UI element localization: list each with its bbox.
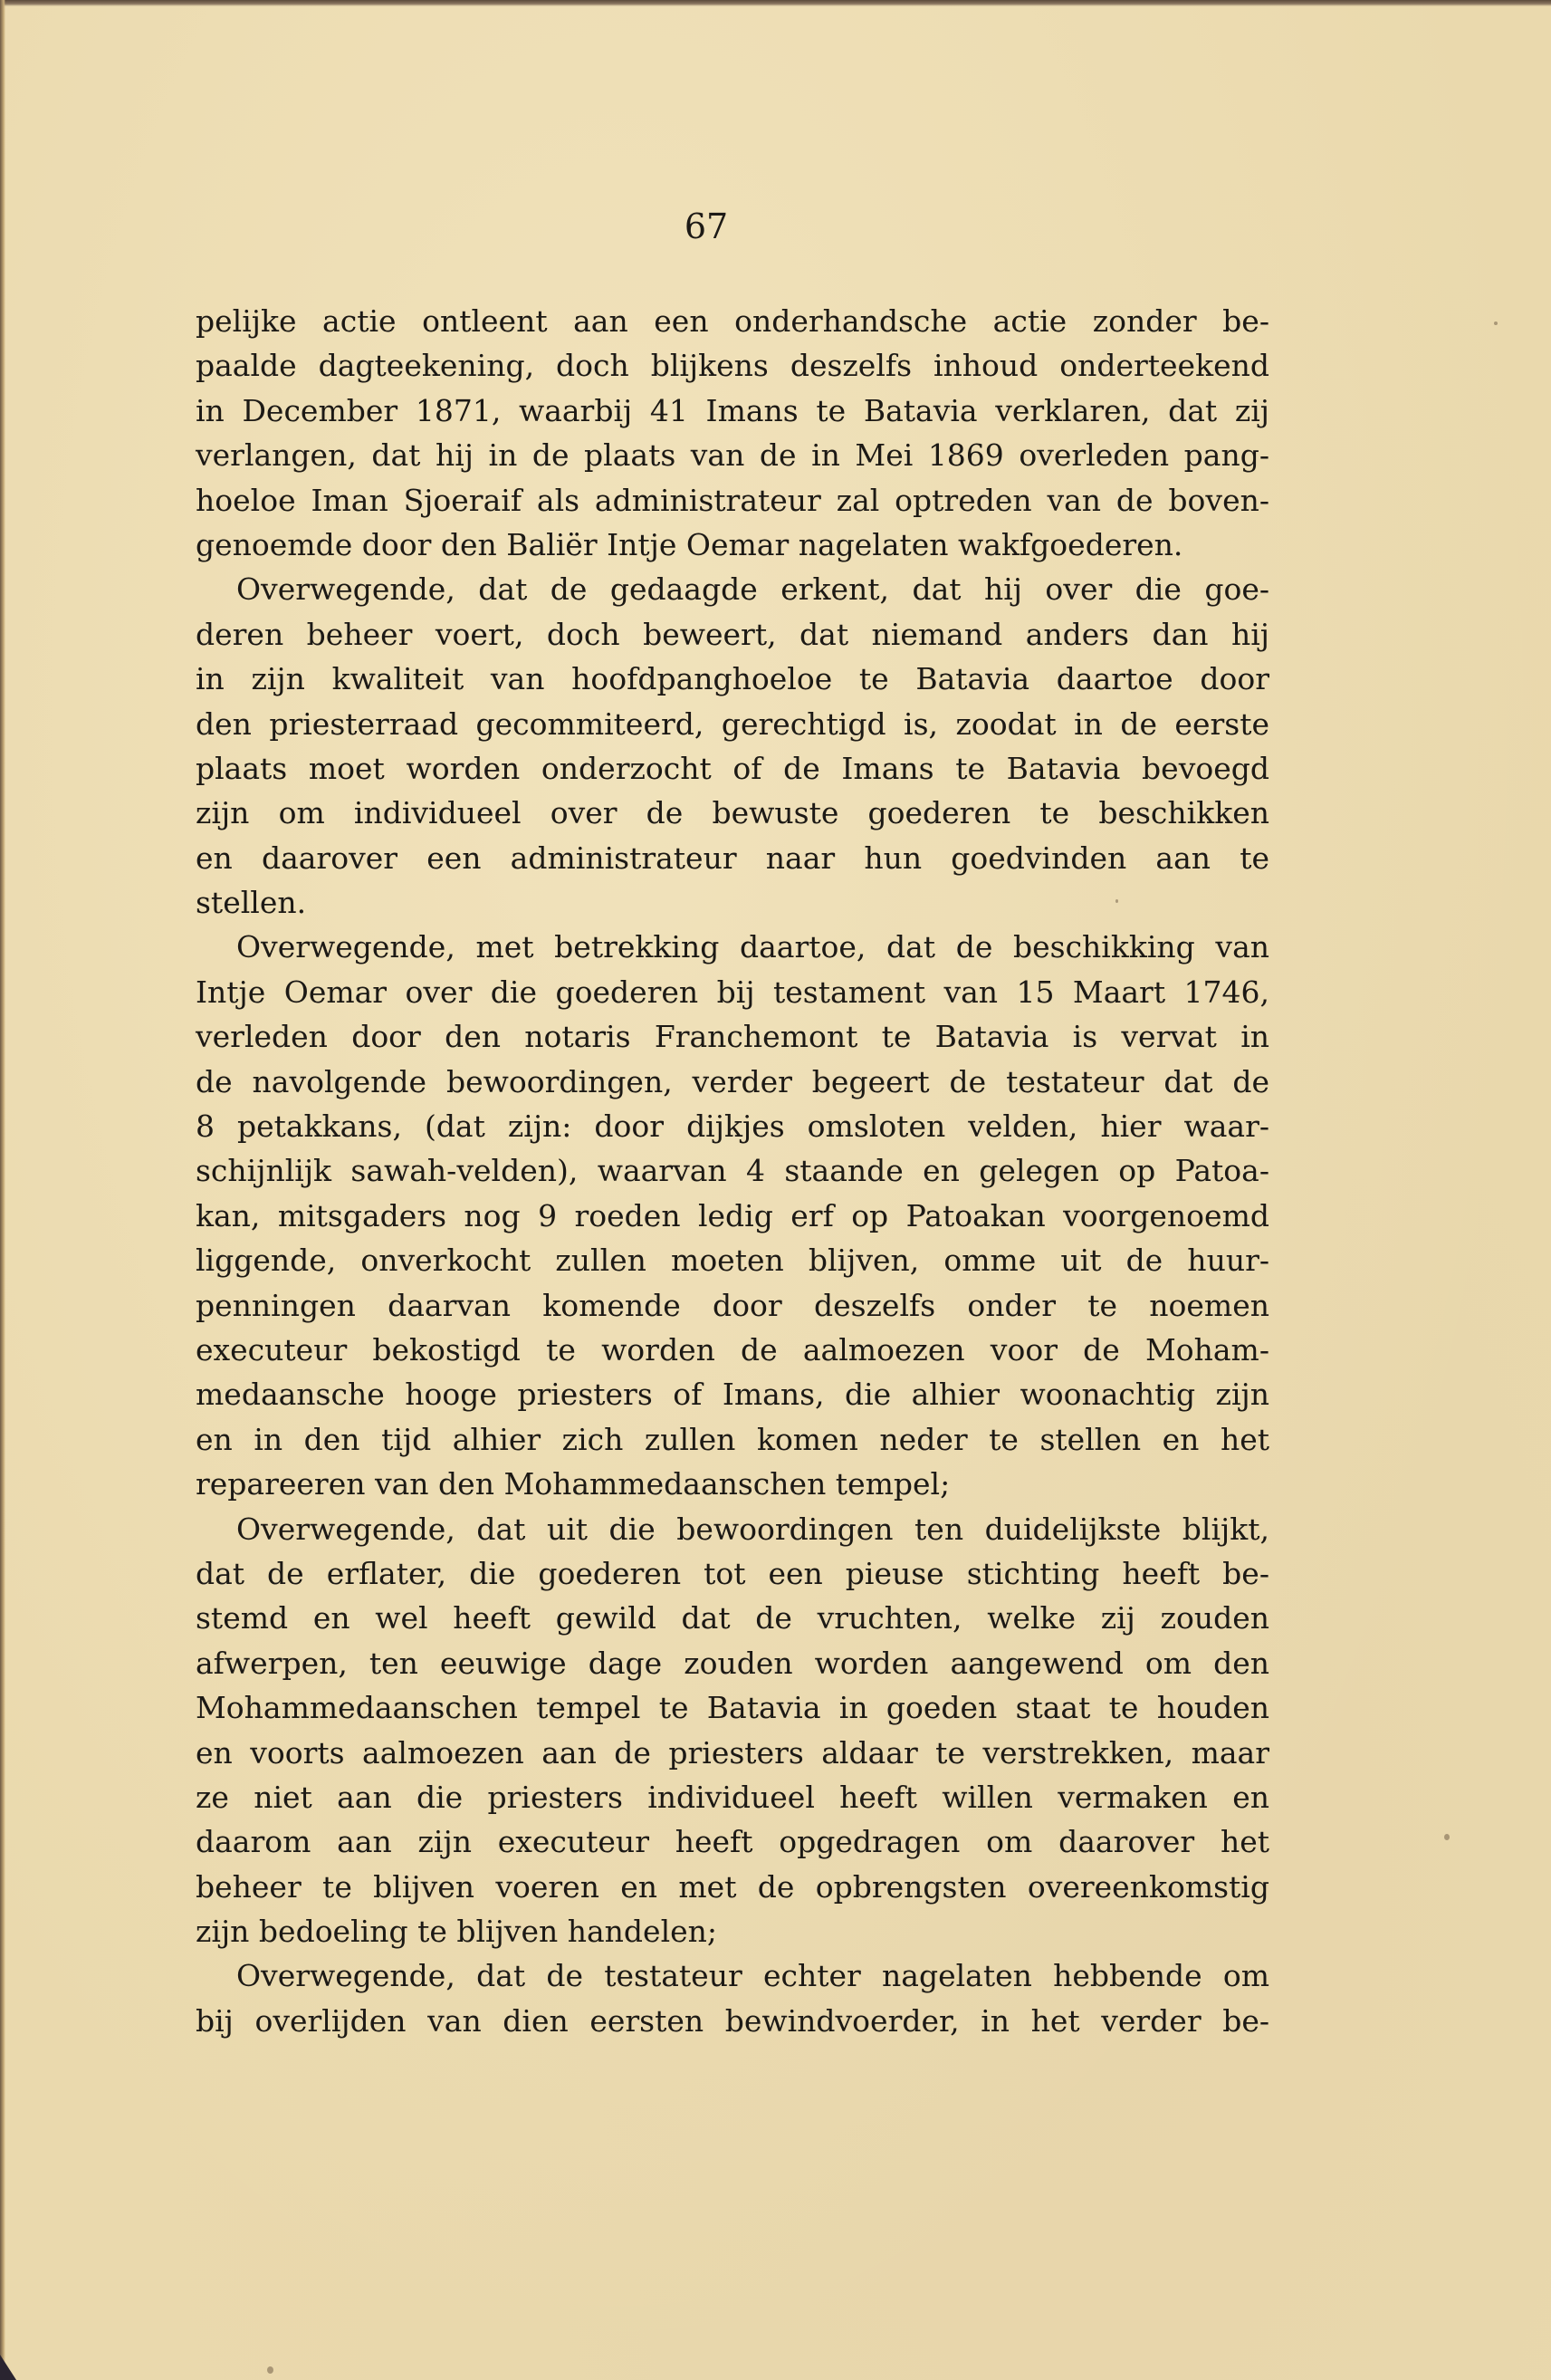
text-line: kan, mitsgaders nog 9 roeden ledig erf o… bbox=[196, 1194, 1269, 1238]
text-line: en voorts aalmoezen aan de priesters ald… bbox=[196, 1731, 1269, 1775]
paragraph: Overwegende, met betrekking daartoe, dat… bbox=[196, 925, 1269, 1506]
text-line: bij overlijden van dien eersten bewindvo… bbox=[196, 1999, 1269, 2043]
text-line: hoeloe Iman Sjoeraif als administrateur … bbox=[196, 478, 1269, 523]
text-line: paalde dagteekening, doch blijkens desze… bbox=[196, 343, 1269, 388]
text-line: en in den tijd alhier zich zullen komen … bbox=[196, 1417, 1269, 1462]
page-number: 67 bbox=[0, 206, 1412, 246]
text-line: Overwegende, dat de testateur echter nag… bbox=[196, 1953, 1269, 1998]
text-line: Mohammedaanschen tempel te Batavia in go… bbox=[196, 1685, 1269, 1730]
text-line: stemd en wel heeft gewild dat de vruchte… bbox=[196, 1596, 1269, 1640]
text-line: verleden door den notaris Franchemont te… bbox=[196, 1014, 1269, 1059]
text-line: genoemde door den Baliër Intje Oemar nag… bbox=[196, 523, 1269, 567]
text-line: executeur bekostigd te worden de aalmoez… bbox=[196, 1328, 1269, 1372]
paragraph: Overwegende, dat de gedaagde erkent, dat… bbox=[196, 567, 1269, 925]
text-line: Overwegende, dat de gedaagde erkent, dat… bbox=[196, 567, 1269, 611]
page-corner-shadow bbox=[0, 2355, 16, 2380]
text-line: ze niet aan die priesters individueel he… bbox=[196, 1775, 1269, 1819]
paper-speck bbox=[1444, 1834, 1450, 1840]
text-line: afwerpen, ten eeuwige dage zouden worden… bbox=[196, 1641, 1269, 1685]
paper-speck bbox=[1494, 321, 1498, 325]
paper-speck bbox=[1115, 899, 1118, 903]
text-line: stellen. bbox=[196, 880, 1269, 925]
text-line: medaansche hooge priesters of Imans, die… bbox=[196, 1372, 1269, 1416]
body-text: pelijke actie ontleent aan een onderhand… bbox=[196, 299, 1269, 2043]
text-line: plaats moet worden onderzocht of de Iman… bbox=[196, 746, 1269, 791]
text-line: deren beheer voert, doch beweert, dat ni… bbox=[196, 612, 1269, 657]
text-line: 8 petakkans, (dat zijn: door dijkjes oms… bbox=[196, 1104, 1269, 1148]
text-line: verlangen, dat hij in de plaats van de i… bbox=[196, 433, 1269, 477]
text-line: de navolgende bewoordingen, verder begee… bbox=[196, 1060, 1269, 1104]
page-top-edge bbox=[0, 0, 1551, 6]
text-line: Intje Oemar over die goederen bij testam… bbox=[196, 970, 1269, 1014]
page-left-edge bbox=[0, 0, 5, 2380]
scanned-page: 67 pelijke actie ontleent aan een onderh… bbox=[0, 0, 1551, 2380]
paper-speck bbox=[267, 2366, 273, 2374]
paragraph: Overwegende, dat uit die bewoordingen te… bbox=[196, 1507, 1269, 1954]
text-line: Overwegende, dat uit die bewoordingen te… bbox=[196, 1507, 1269, 1551]
paragraph: pelijke actie ontleent aan een onderhand… bbox=[196, 299, 1269, 567]
text-line: repareeren van den Mohammedaanschen temp… bbox=[196, 1462, 1269, 1506]
text-line: den priesterraad gecommiteerd, gerechtig… bbox=[196, 702, 1269, 746]
text-line: Overwegende, met betrekking daartoe, dat… bbox=[196, 925, 1269, 969]
text-line: penningen daarvan komende door deszelfs … bbox=[196, 1283, 1269, 1328]
text-line: pelijke actie ontleent aan een onderhand… bbox=[196, 299, 1269, 343]
text-line: zijn bedoeling te blijven handelen; bbox=[196, 1909, 1269, 1953]
paragraph: Overwegende, dat de testateur echter nag… bbox=[196, 1953, 1269, 2043]
text-line: in December 1871, waarbij 41 Imans te Ba… bbox=[196, 389, 1269, 433]
text-line: schijnlijk sawah-velden), waarvan 4 staa… bbox=[196, 1148, 1269, 1193]
text-line: daarom aan zijn executeur heeft opgedrag… bbox=[196, 1819, 1269, 1864]
text-line: liggende, onverkocht zullen moeten blijv… bbox=[196, 1238, 1269, 1282]
text-line: en daarover een administrateur naar hun … bbox=[196, 836, 1269, 880]
text-line: zijn om individueel over de bewuste goed… bbox=[196, 791, 1269, 835]
text-line: dat de erflater, die goederen tot een pi… bbox=[196, 1551, 1269, 1596]
text-line: in zijn kwaliteit van hoofdpanghoeloe te… bbox=[196, 657, 1269, 701]
text-line: beheer te blijven voeren en met de opbre… bbox=[196, 1865, 1269, 1909]
